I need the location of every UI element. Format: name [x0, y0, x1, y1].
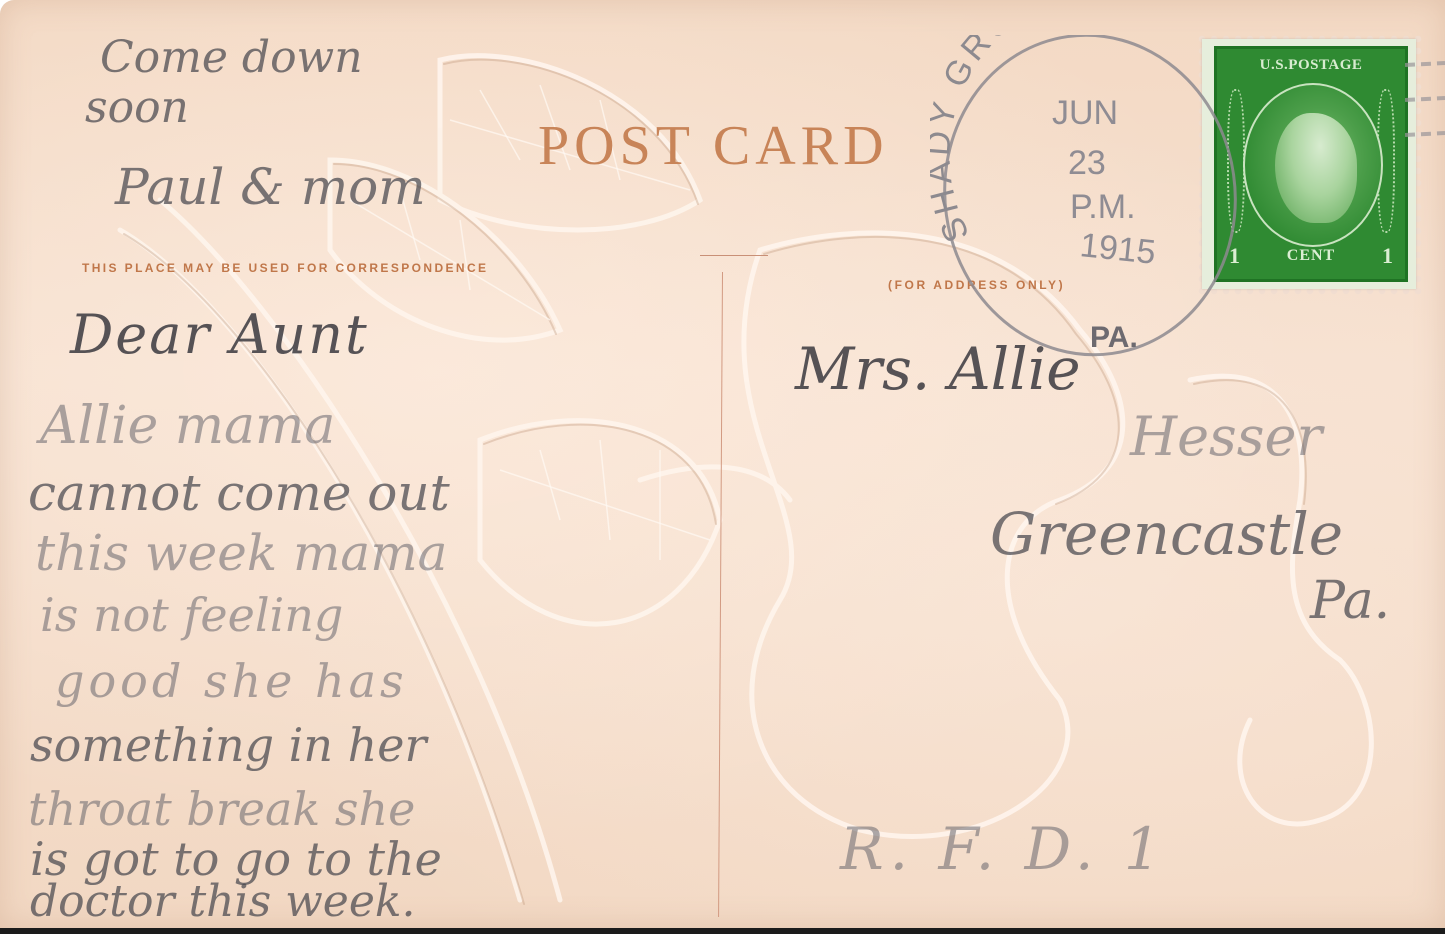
- address-line: Pa.: [1310, 575, 1390, 627]
- message-line: soon: [85, 86, 189, 130]
- address-line: Hesser: [1130, 410, 1322, 464]
- postmark-time: P.M.: [1070, 190, 1136, 224]
- washington-portrait-icon: [1275, 113, 1357, 223]
- message-line: this week mama: [35, 528, 447, 578]
- correspondence-label: THIS PLACE MAY BE USED FOR CORRESPONDENC…: [82, 261, 488, 275]
- message-line: throat break she: [28, 786, 415, 832]
- message-line: Dear Aunt: [70, 308, 369, 362]
- stamp-portrait: [1243, 83, 1383, 247]
- message-line: Allie mama: [40, 400, 335, 452]
- denomination-text: CENT: [1287, 243, 1335, 269]
- message-line: Paul & mom: [115, 162, 426, 212]
- divider-horizontal: [700, 255, 768, 256]
- postage-stamp: U.S.POSTAGE 1 CENT 1: [1214, 46, 1408, 282]
- cancellation-lines: [1405, 45, 1445, 165]
- message-line: something in her: [30, 722, 426, 768]
- postmark-year: 1915: [1078, 228, 1157, 270]
- message-line: Come down: [100, 36, 363, 80]
- postmark-state: PA.: [1090, 323, 1138, 353]
- denomination-left: 1: [1229, 243, 1240, 269]
- address-label: (FOR ADDRESS ONLY): [888, 278, 1065, 292]
- postmark-month: JUN: [1052, 96, 1118, 130]
- postcard-title: POST CARD: [538, 118, 889, 174]
- message-line: doctor this week.: [30, 880, 416, 924]
- address-line: R. F. D. 1: [840, 820, 1167, 878]
- message-line: is not feeling: [40, 592, 343, 638]
- denomination-right: 1: [1382, 243, 1393, 269]
- stamp-denomination: 1 CENT 1: [1217, 243, 1405, 269]
- address-line: Mrs. Allie: [795, 340, 1081, 398]
- message-line: cannot come out: [28, 468, 450, 518]
- message-line: good she has: [55, 658, 408, 704]
- stamp-top-text: U.S.POSTAGE: [1217, 57, 1405, 74]
- address-line: Greencastle: [990, 505, 1343, 563]
- postmark-day: 23: [1068, 146, 1106, 180]
